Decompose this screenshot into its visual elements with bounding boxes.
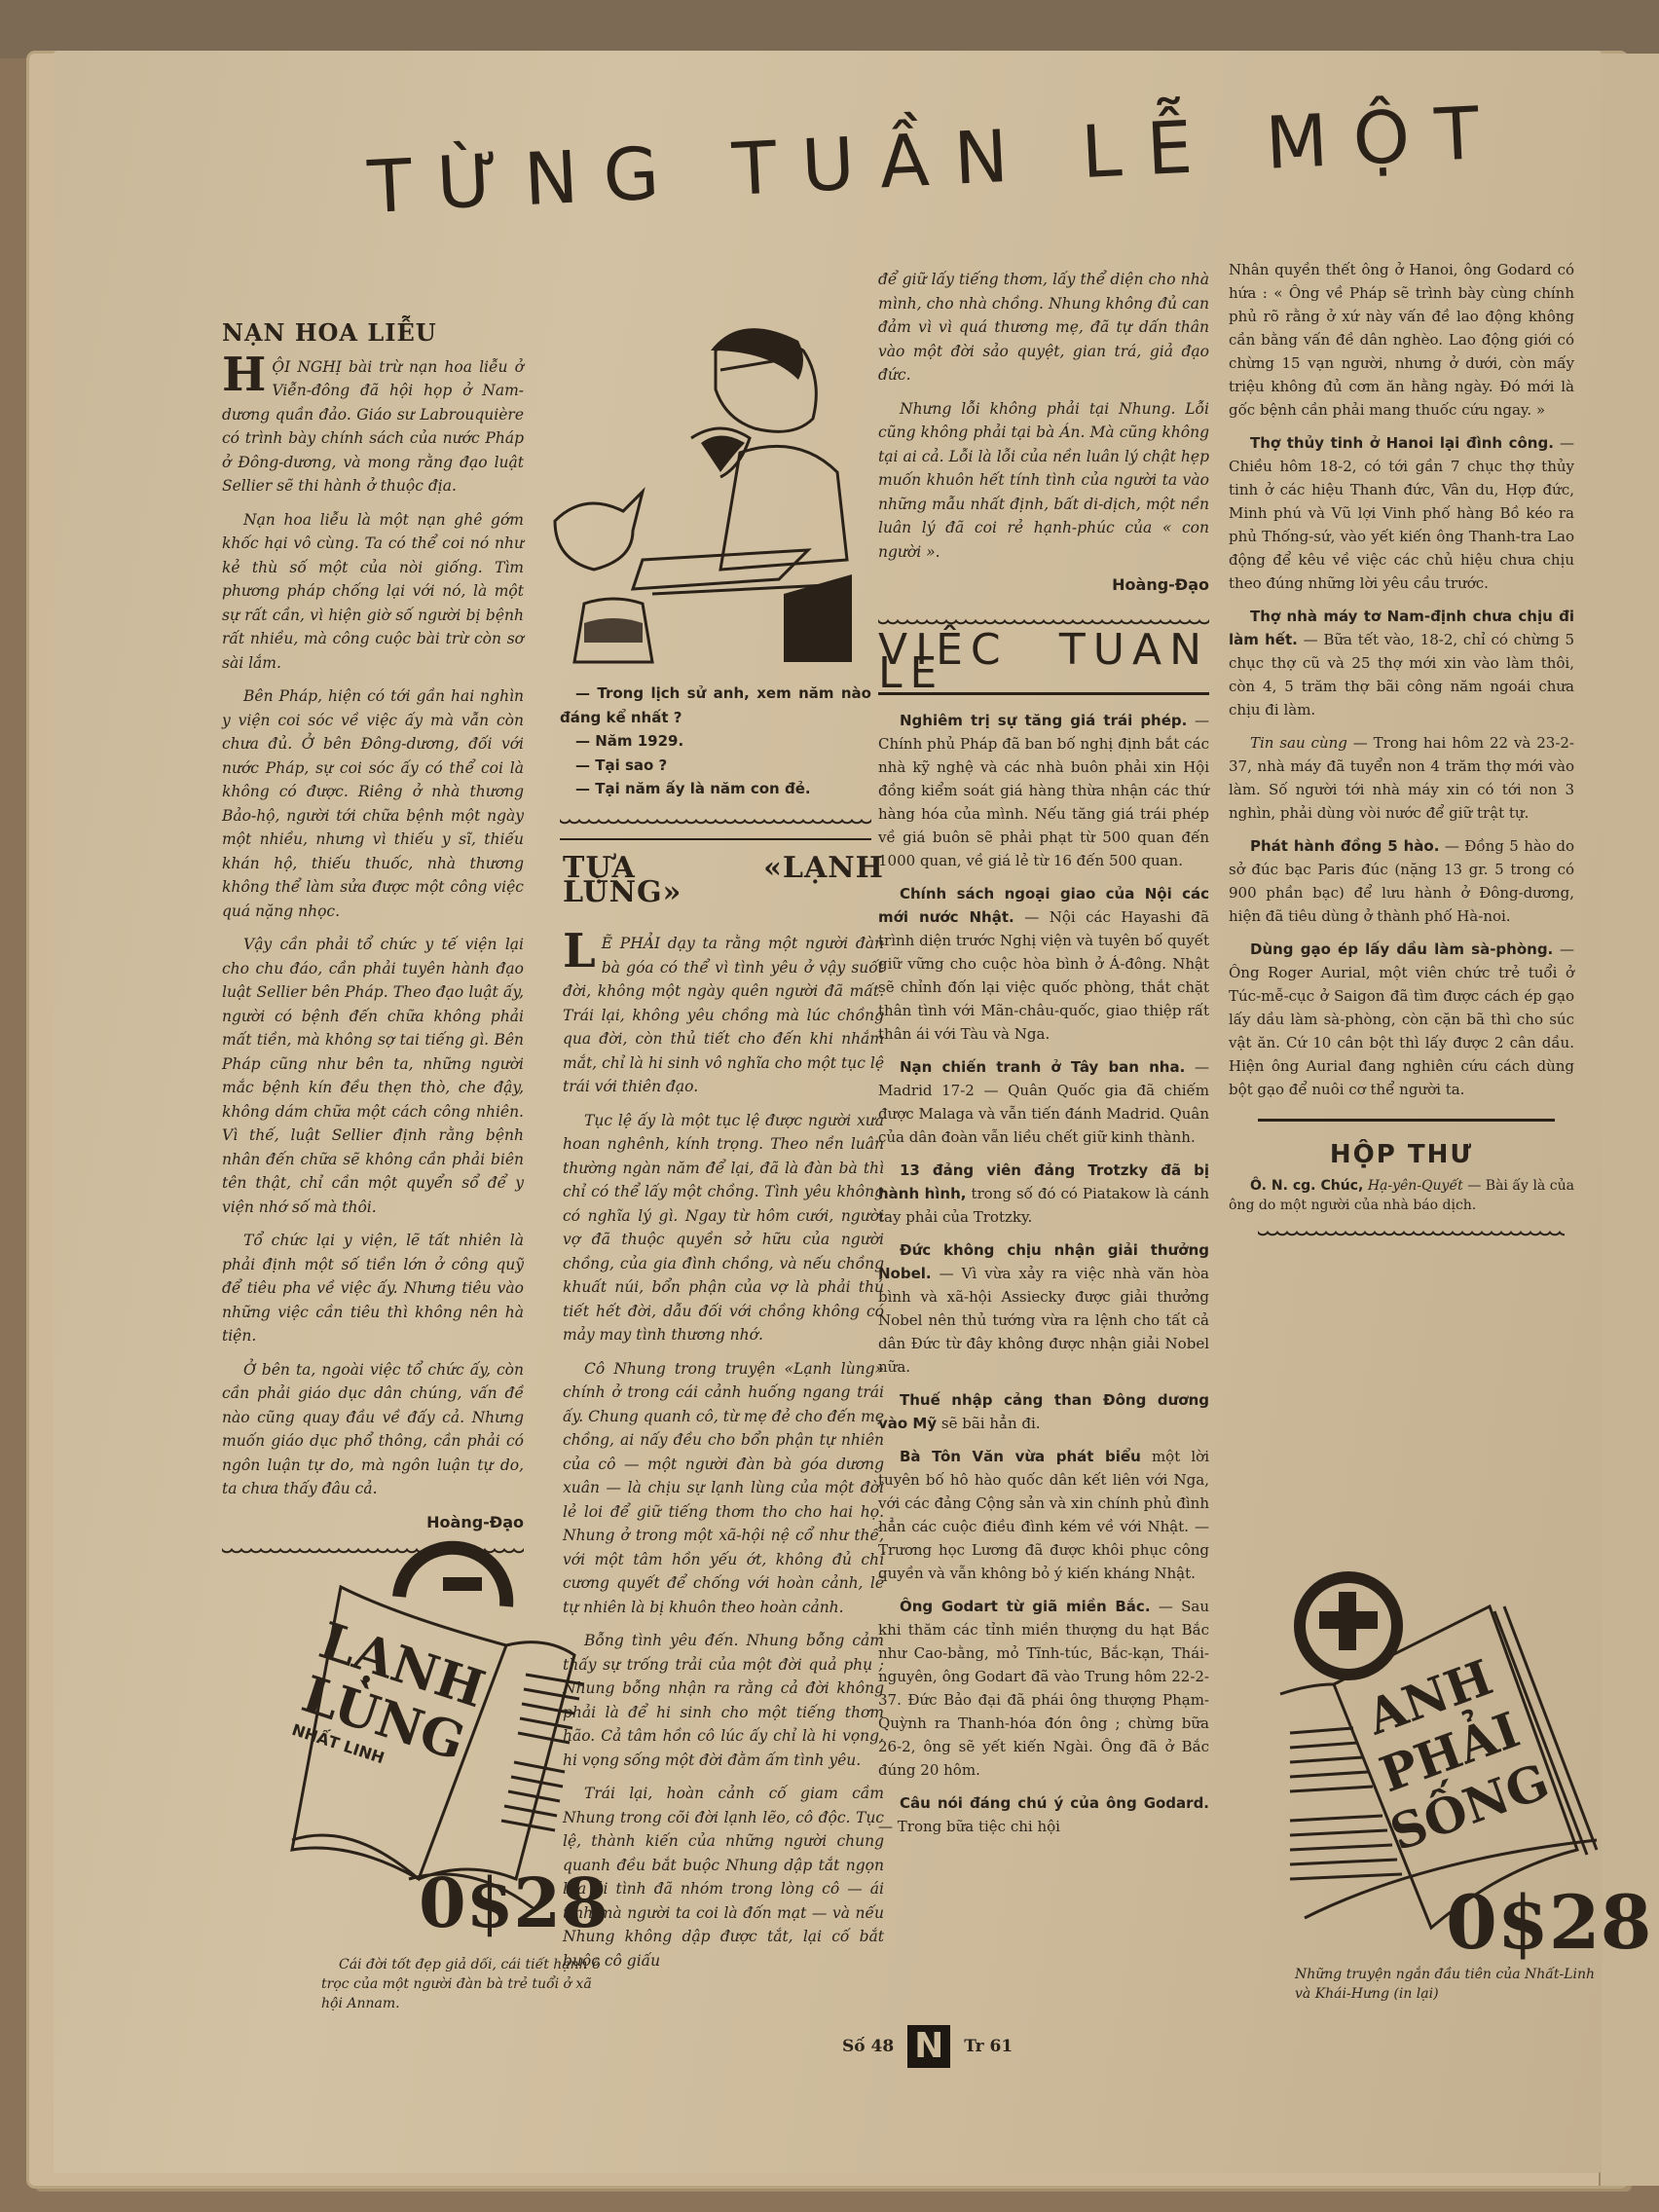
- news-body: — Trong bữa tiệc chi hội: [878, 1818, 1060, 1835]
- article-nan-hoa-lieu: NẠN HOA LIỄU HỘI NGHỊ bài trừ nạn hoa li…: [222, 321, 524, 1567]
- mailbox-subject: Hạ-yên-Quyết: [1368, 1178, 1463, 1194]
- news-headline: Phát hành đồng 5 hào.: [1250, 837, 1439, 855]
- paragraph: Ẽ PHẢI dạy ta rằng một người đàn bà góa …: [563, 935, 884, 1095]
- paragraph: ỘI NGHỊ bài trừ nạn hoa liễu ở Viễn-đông…: [222, 358, 524, 496]
- dialog-line: — Năm 1929.: [560, 729, 871, 754]
- ad-caption: Những truyện ngắn đầu tiên của Nhất-Linh…: [1295, 1965, 1606, 2004]
- ad-lanh-lung: LẠNH LÙNG NHẤT LINH 0$28 Cái đời tốt đẹp…: [282, 1538, 604, 2025]
- cartoon-illustration: [545, 312, 866, 672]
- signature: Hoàng-Đạo: [878, 573, 1209, 598]
- ngay-nay-logo-icon: N: [907, 2025, 950, 2068]
- rule-divider: [560, 838, 871, 840]
- wavy-divider: [560, 819, 871, 829]
- paragraph: Ở bên ta, ngoài việc tổ chức ấy, còn cần…: [222, 1358, 524, 1501]
- paragraph: Trái lại, hoàn cảnh cố giam cầm Nhung tr…: [563, 1782, 884, 1972]
- news-headline: Nghiêm trị sự tăng giá trái phép.: [900, 712, 1187, 729]
- news-body: một lời tuyên bố hô hào quốc dân kết liê…: [878, 1448, 1209, 1582]
- news-body: — Nội các Hayashi đã trình diện trước Ng…: [878, 908, 1209, 1043]
- news-italic-lead: Tin sau cùng: [1250, 734, 1347, 752]
- price-label: 0$28: [419, 1869, 608, 1937]
- paragraph: Vậy cần phải tổ chức y tế viện lại cho c…: [222, 933, 524, 1219]
- page-footer: Số 48 N Tr 61: [842, 2025, 1013, 2068]
- paragraph: Nạn hoa liễu là một nạn ghê gớm khốc hại…: [222, 508, 524, 676]
- drop-cap: L: [563, 932, 596, 971]
- article-heading: NẠN HOA LIỄU: [222, 321, 524, 346]
- news-headline: Dùng gạo ép lấy dầu làm sà-phòng.: [1250, 940, 1553, 958]
- page-number: Tr 61: [964, 2037, 1013, 2056]
- paragraph: Nhân quyền thết ông ở Hanoi, ông Godard …: [1229, 258, 1574, 422]
- news-body: — Chiều hôm 18-2, có tới gần 7 chục thợ …: [1229, 434, 1574, 592]
- news-body: sẽ bãi hẳn đi.: [941, 1415, 1041, 1432]
- news-body: — Sau khi thăm các tỉnh miền thượng du h…: [878, 1598, 1209, 1779]
- article-tua-lanh-lung: TỰA «LẠNH LÙNG» LẼ PHẢI dạy ta rằng một …: [563, 857, 884, 1982]
- ad-caption: Cái đời tốt đẹp giả dối, cái tiết hạnh ô…: [321, 1955, 613, 2013]
- news-body: — Ông Roger Aurial, một viên chức trẻ tu…: [1229, 940, 1574, 1098]
- paragraph: để giữ lấy tiếng thơm, lấy thể diện cho …: [878, 268, 1209, 387]
- paragraph: Bên Pháp, hiện có tới gần hai nghìn y vi…: [222, 684, 524, 923]
- next-page-edge: [1599, 54, 1659, 2186]
- issue-number: Số 48: [842, 2037, 894, 2056]
- mailbox-recipient: Ô. N. cg. Chúc,: [1250, 1178, 1363, 1194]
- paragraph: Nhưng lỗi không phải tại Nhung. Lỗi cũng…: [878, 397, 1209, 565]
- paragraph: Tục lệ ấy là một tục lệ được người xưa h…: [563, 1109, 884, 1347]
- column-4: Nhân quyền thết ông ở Hanoi, ông Godard …: [1229, 258, 1574, 1240]
- dialog-line: — Trong lịch sử anh, xem năm nào đáng kể…: [560, 682, 871, 729]
- news-headline: Thợ thủy tinh ở Hanoi lại đình công.: [1250, 434, 1554, 452]
- cartoon-dialog: — Trong lịch sử anh, xem năm nào đáng kể…: [560, 682, 871, 840]
- wavy-divider: [1258, 1231, 1565, 1240]
- news-body: — Chính phủ Pháp đã ban bố nghị định bắt…: [878, 712, 1209, 869]
- article-heading: TỰA «LẠNH LÙNG»: [563, 857, 884, 904]
- news-headline: Nạn chiến tranh ở Tây ban nha.: [900, 1058, 1185, 1076]
- drop-cap: H: [222, 355, 266, 394]
- ad-anh-phai-song: ANH PHẢI SỐNG 0$28 Những truyện ngắn đầu…: [1275, 1558, 1606, 2025]
- paragraph: Cô Nhung trong truyện «Lạnh lùng» chính …: [563, 1357, 884, 1620]
- news-headline: Ông Godart từ giã miền Bắc.: [900, 1598, 1151, 1615]
- dialog-line: — Tại sao ?: [560, 754, 871, 778]
- desk-background: [0, 0, 1659, 58]
- mailbox-heading: HỘP THƯ: [1229, 1143, 1574, 1166]
- news-headline: Thuế nhập cảng than Đông dương vào Mỹ: [878, 1391, 1209, 1432]
- news-headline: Câu nói đáng chú ý của ông Godard.: [900, 1794, 1209, 1812]
- news-headline: Bà Tôn Văn vừa phát biểu: [900, 1448, 1141, 1465]
- paragraph: Tổ chức lại y viện, lẽ tất nhiên là phải…: [222, 1229, 524, 1348]
- signature: Hoàng-Đạo: [222, 1511, 524, 1535]
- paragraph: Bỗng tình yêu đến. Nhung bỗng cảm thấy s…: [563, 1629, 884, 1772]
- teacher-student-cartoon-icon: [545, 312, 866, 672]
- rule-divider: [1258, 1119, 1555, 1122]
- column-3: để giữ lấy tiếng thơm, lấy thể diện cho …: [878, 268, 1209, 1848]
- dialog-line: — Tại năm ấy là năm con đẻ.: [560, 777, 871, 801]
- section-title-viec-tuan-le: VIÊC TUAN LE: [878, 639, 1209, 686]
- price-label: 0$28: [1446, 1889, 1652, 1957]
